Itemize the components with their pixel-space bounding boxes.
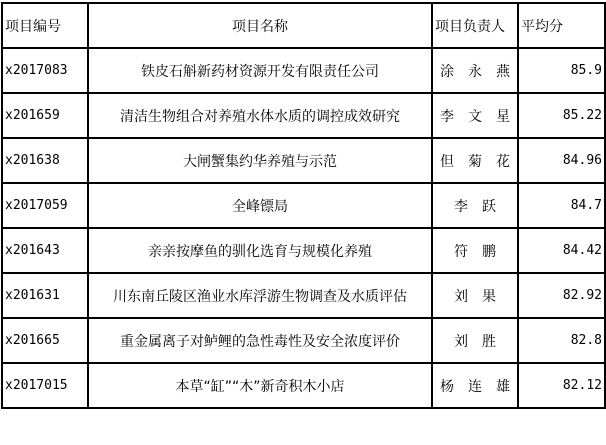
header-average-score[interactable]: 平均分 [518, 3, 605, 48]
table-row: x201665 重金属离子对鲈鲤的急性毒性及安全浓度评价 刘 胜 82.8 [2, 318, 605, 363]
cell-project-lead[interactable]: 杨 连 雄 [432, 363, 518, 408]
cell-average-score[interactable]: 84.96 [518, 138, 605, 183]
cell-project-lead[interactable]: 涂 永 燕 [432, 48, 518, 93]
project-score-table: 项目编号 项目名称 项目负责人 平均分 x2017083 铁皮石斛新药材资源开发… [1, 2, 606, 409]
cell-project-lead[interactable]: 但 菊 花 [432, 138, 518, 183]
cell-project-id[interactable]: x2017083 [2, 48, 88, 93]
cell-project-name[interactable]: 本草“缸”“木”新奇积木小店 [88, 363, 432, 408]
cell-project-name[interactable]: 亲亲按摩鱼的驯化选育与规模化养殖 [88, 228, 432, 273]
header-row: 项目编号 项目名称 项目负责人 平均分 [2, 3, 605, 48]
cell-average-score[interactable]: 82.8 [518, 318, 605, 363]
cell-average-score[interactable]: 85.9 [518, 48, 605, 93]
cell-project-name[interactable]: 川东南丘陵区渔业水库浮游生物调查及水质评估 [88, 273, 432, 318]
cell-project-name[interactable]: 大闸蟹集约华养殖与示范 [88, 138, 432, 183]
cell-project-id[interactable]: x201665 [2, 318, 88, 363]
table-row: x201659 清洁生物组合对养殖水体水质的调控成效研究 李 文 星 85.22 [2, 93, 605, 138]
table-row: x201643 亲亲按摩鱼的驯化选育与规模化养殖 符 鹏 84.42 [2, 228, 605, 273]
header-project-id[interactable]: 项目编号 [2, 3, 88, 48]
header-project-name[interactable]: 项目名称 [88, 3, 432, 48]
cell-project-name[interactable]: 全峰镖局 [88, 183, 432, 228]
cell-project-id[interactable]: x201659 [2, 93, 88, 138]
cell-project-id[interactable]: x201638 [2, 138, 88, 183]
cell-project-lead[interactable]: 李 文 星 [432, 93, 518, 138]
cell-project-name[interactable]: 铁皮石斛新药材资源开发有限责任公司 [88, 48, 432, 93]
cell-project-name[interactable]: 清洁生物组合对养殖水体水质的调控成效研究 [88, 93, 432, 138]
cell-project-lead[interactable]: 符 鹏 [432, 228, 518, 273]
cell-project-name[interactable]: 重金属离子对鲈鲤的急性毒性及安全浓度评价 [88, 318, 432, 363]
cell-project-id[interactable]: x2017015 [2, 363, 88, 408]
table-row: x201638 大闸蟹集约华养殖与示范 但 菊 花 84.96 [2, 138, 605, 183]
table-row: x201631 川东南丘陵区渔业水库浮游生物调查及水质评估 刘 果 82.92 [2, 273, 605, 318]
spreadsheet: 项目编号 项目名称 项目负责人 平均分 x2017083 铁皮石斛新药材资源开发… [0, 0, 606, 445]
cell-project-lead[interactable]: 刘 果 [432, 273, 518, 318]
table-row: x2017015 本草“缸”“木”新奇积木小店 杨 连 雄 82.12 [2, 363, 605, 408]
table-row: x2017059 全峰镖局 李 跃 84.7 [2, 183, 605, 228]
cell-project-id[interactable]: x201631 [2, 273, 88, 318]
header-project-lead[interactable]: 项目负责人 [432, 3, 518, 48]
table-row: x2017083 铁皮石斛新药材资源开发有限责任公司 涂 永 燕 85.9 [2, 48, 605, 93]
cell-average-score[interactable]: 82.12 [518, 363, 605, 408]
cell-average-score[interactable]: 82.92 [518, 273, 605, 318]
cell-average-score[interactable]: 84.7 [518, 183, 605, 228]
cell-average-score[interactable]: 85.22 [518, 93, 605, 138]
cell-project-lead[interactable]: 刘 胜 [432, 318, 518, 363]
cell-project-id[interactable]: x2017059 [2, 183, 88, 228]
cell-average-score[interactable]: 84.42 [518, 228, 605, 273]
cell-project-id[interactable]: x201643 [2, 228, 88, 273]
cell-project-lead[interactable]: 李 跃 [432, 183, 518, 228]
